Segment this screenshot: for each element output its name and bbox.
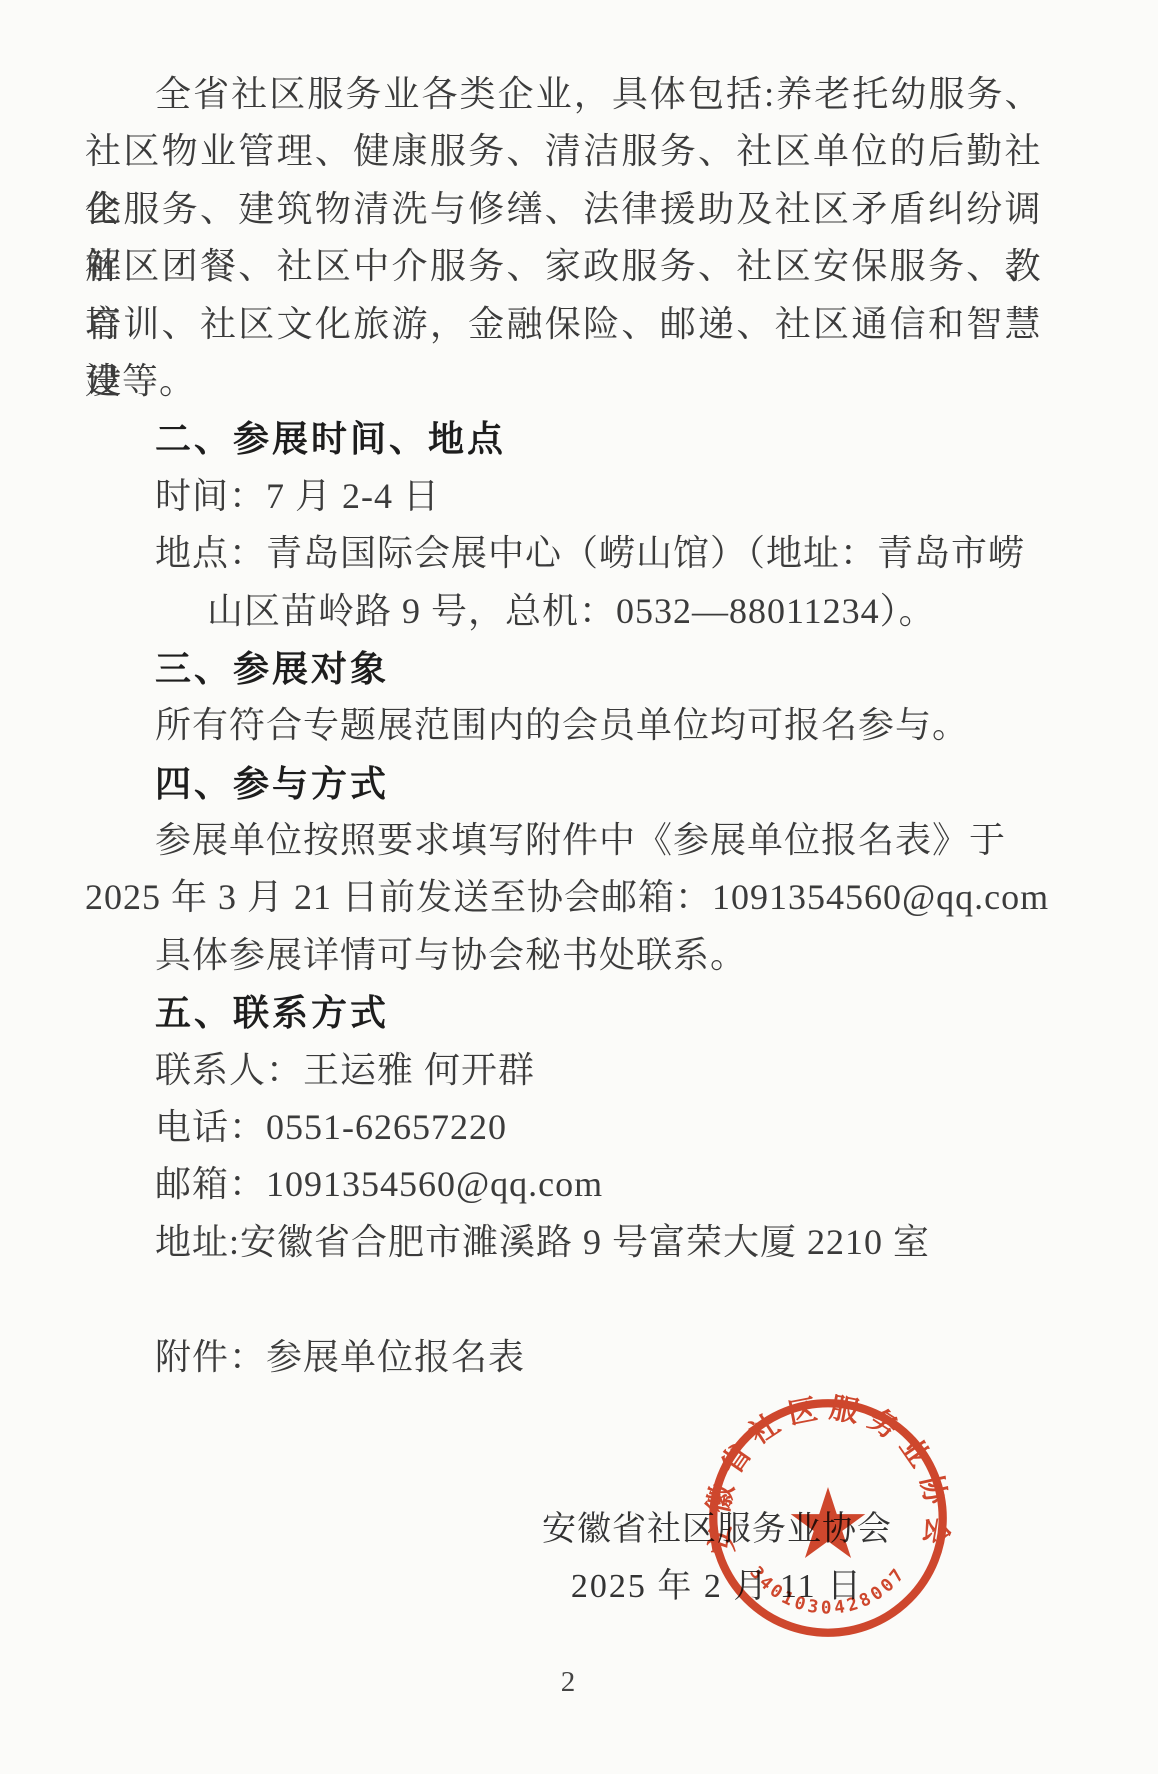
svg-text:3401030428007: 3401030428007 (745, 1563, 910, 1619)
seal-code: 3401030428007 (745, 1563, 910, 1619)
participation-line-3: 具体参展详情可与协会秘书处联系。 (85, 927, 1042, 984)
participation-line-1: 参展单位按照要求填写附件中《参展单位报名表》于 (85, 812, 1042, 869)
section-3-body: 所有符合专题展范围内的会员单位均可报名参与。 (85, 697, 1042, 754)
intro-line: 全省社区服务业各类企业，具体包括:养老托幼服务、 (85, 66, 1042, 123)
attachment-line: 附件：参展单位报名表 (85, 1329, 1042, 1386)
section-3-heading: 三、参展对象 (85, 640, 1042, 697)
intro-line: 化服务、建筑物清洗与修缮、法律援助及社区矛盾纠纷调解、 (85, 181, 1042, 238)
page-number: 2 (0, 1666, 1158, 1699)
time-line: 时间：7 月 2-4 日 (85, 468, 1042, 525)
section-5-heading: 五、联系方式 (85, 984, 1042, 1041)
document-body: 全省社区服务业各类企业，具体包括:养老托幼服务、 社区物业管理、健康服务、清洁服… (85, 66, 1042, 1616)
section-4-heading: 四、参与方式 (85, 755, 1042, 812)
intro-line: 社区物业管理、健康服务、清洁服务、社区单位的后勤社会 (85, 123, 1042, 180)
phone-line: 电话：0551-62657220 (85, 1099, 1042, 1156)
participation-line-2: 2025 年 3 月 21 日前发送至协会邮箱：1091354560@qq.co… (85, 869, 1042, 926)
address-line: 地址:安徽省合肥市濉溪路 9 号富荣大厦 2210 室 (85, 1214, 1042, 1271)
seal-star-icon (791, 1487, 866, 1558)
intro-line: 社区团餐、社区中介服务、家政服务、社区安保服务、教育 (85, 238, 1042, 295)
contact-person-line: 联系人：王运雅 何开群 (85, 1042, 1042, 1099)
intro-line: 培训、社区文化旅游，金融保险、邮递、社区通信和智慧建 (85, 296, 1042, 353)
email-line: 邮箱：1091354560@qq.com (85, 1156, 1042, 1213)
location-line-1: 地点：青岛国际会展中心（崂山馆）（地址：青岛市崂 (85, 525, 1042, 582)
location-line-2: 山区苗岭路 9 号，总机：0532—88011234）。 (85, 583, 1042, 640)
intro-line: 设等。 (85, 353, 1042, 410)
official-seal: 安徽省社区服务业协会 3401030428007 (704, 1394, 952, 1642)
section-2-heading: 二、参展时间、地点 (85, 410, 1042, 467)
